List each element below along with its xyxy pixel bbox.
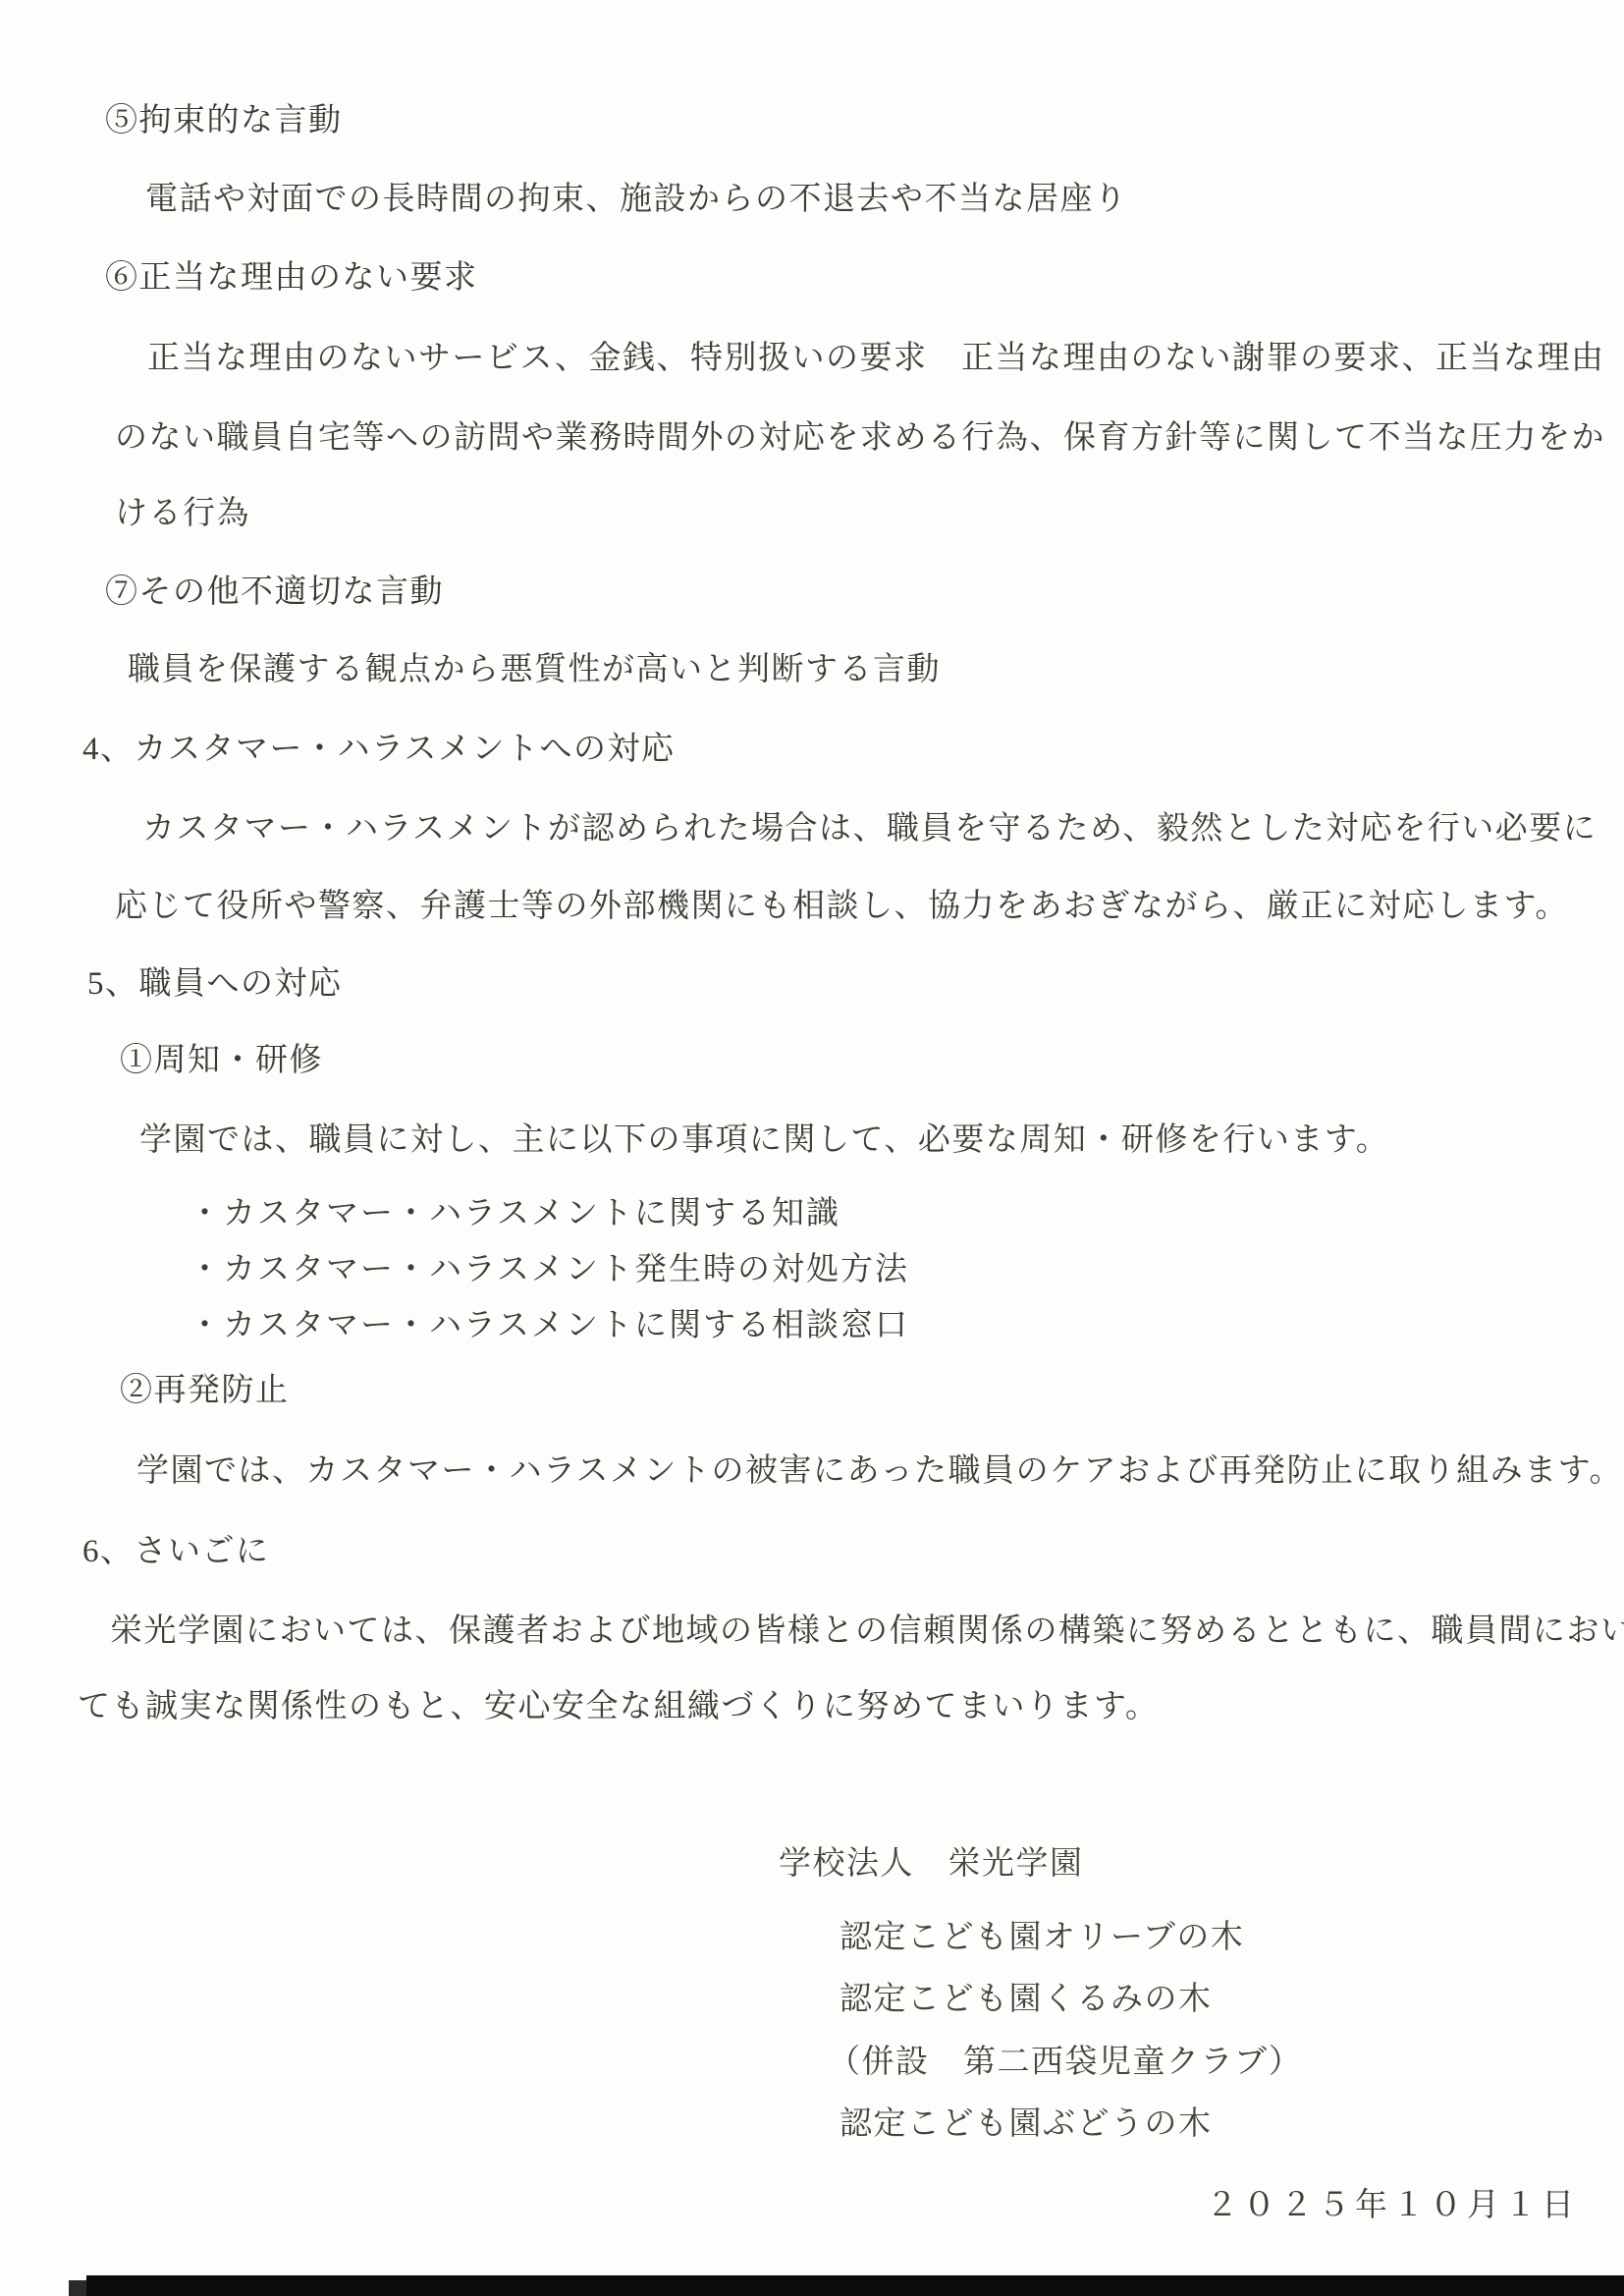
section5-sub1-bullet-3: ・カスタマー・ハラスメントに関する相談窓口 [189, 1306, 909, 1346]
section5-sub1-heading: ①周知・研修 [120, 1041, 323, 1081]
section4-heading: 4、カスタマー・ハラスメントへの対応 [82, 730, 676, 770]
item5-heading: ⑤拘束的な言動 [105, 101, 343, 141]
section5-sub1-bullet-2: ・カスタマー・ハラスメント発生時の対処方法 [189, 1250, 909, 1290]
item7-heading: ⑦その他不適切な言動 [105, 573, 444, 613]
item7-description: 職員を保護する観点から悪質性が高いと判断する言動 [128, 650, 941, 690]
section5-sub1-intro: 学園では、職員に対し、主に以下の事項に関して、必要な周知・研修を行います。 [139, 1121, 1389, 1161]
section6-heading: 6、さいごに [82, 1532, 270, 1572]
scanned-document-page: ⑤拘束的な言動 電話や対面での長時間の拘束、施設からの不退去や不当な居座り ⑥正… [0, 0, 1624, 2296]
item6-description-line3: ける行為 [115, 494, 250, 534]
item6-description-line1: 正当な理由のないサービス、金銭、特別扱いの要求 正当な理由のない謝罪の要求、正当… [147, 339, 1605, 379]
signature-facility-2: 認定こども園くるみの木 [839, 1980, 1213, 2020]
item5-description: 電話や対面での長時間の拘束、施設からの不退去や不当な居座り [145, 180, 1128, 220]
section6-body-line1: 栄光学園においては、保護者および地域の皆様との信頼関係の構築に努めるとともに、職… [110, 1612, 1624, 1652]
scan-edge-artifact-corner [69, 2280, 88, 2296]
section5-sub2-body: 学園では、カスタマー・ハラスメントの被害にあった職員のケアおよび再発防止に取り組… [136, 1451, 1623, 1492]
document-date: ２０２５年１０月１日 [1206, 2186, 1579, 2226]
item6-heading: ⑥正当な理由のない要求 [105, 258, 478, 299]
section4-body-line2: 応じて役所や警察、弁護士等の外部機関にも相談し、協力をあおぎながら、厳正に対応し… [115, 887, 1569, 927]
section4-body-line1: カスタマー・ハラスメントが認められた場合は、職員を守るため、毅然とした対応を行い… [142, 809, 1597, 849]
scan-edge-artifact [86, 2275, 1624, 2296]
section5-heading: 5、職員への対応 [87, 964, 343, 1005]
signature-facility-4: 認定こども園ぶどうの木 [839, 2105, 1213, 2145]
signature-facility-3: （併設 第二西袋児童クラブ） [828, 2043, 1302, 2083]
section5-sub1-bullet-1: ・カスタマー・ハラスメントに関する知識 [189, 1194, 840, 1234]
signature-facility-1: 認定こども園オリーブの木 [839, 1918, 1244, 1958]
section5-sub2-heading: ②再発防止 [120, 1371, 290, 1411]
signature-corporation: 学校法人 栄光学園 [779, 1844, 1084, 1885]
item6-description-line2: のない職員自宅等への訪問や業務時間外の対応を求める行為、保育方針等に関して不当な… [115, 418, 1605, 459]
section6-body-line2: ても誠実な関係性のもと、安心安全な組織づくりに努めてまいります。 [78, 1687, 1159, 1727]
